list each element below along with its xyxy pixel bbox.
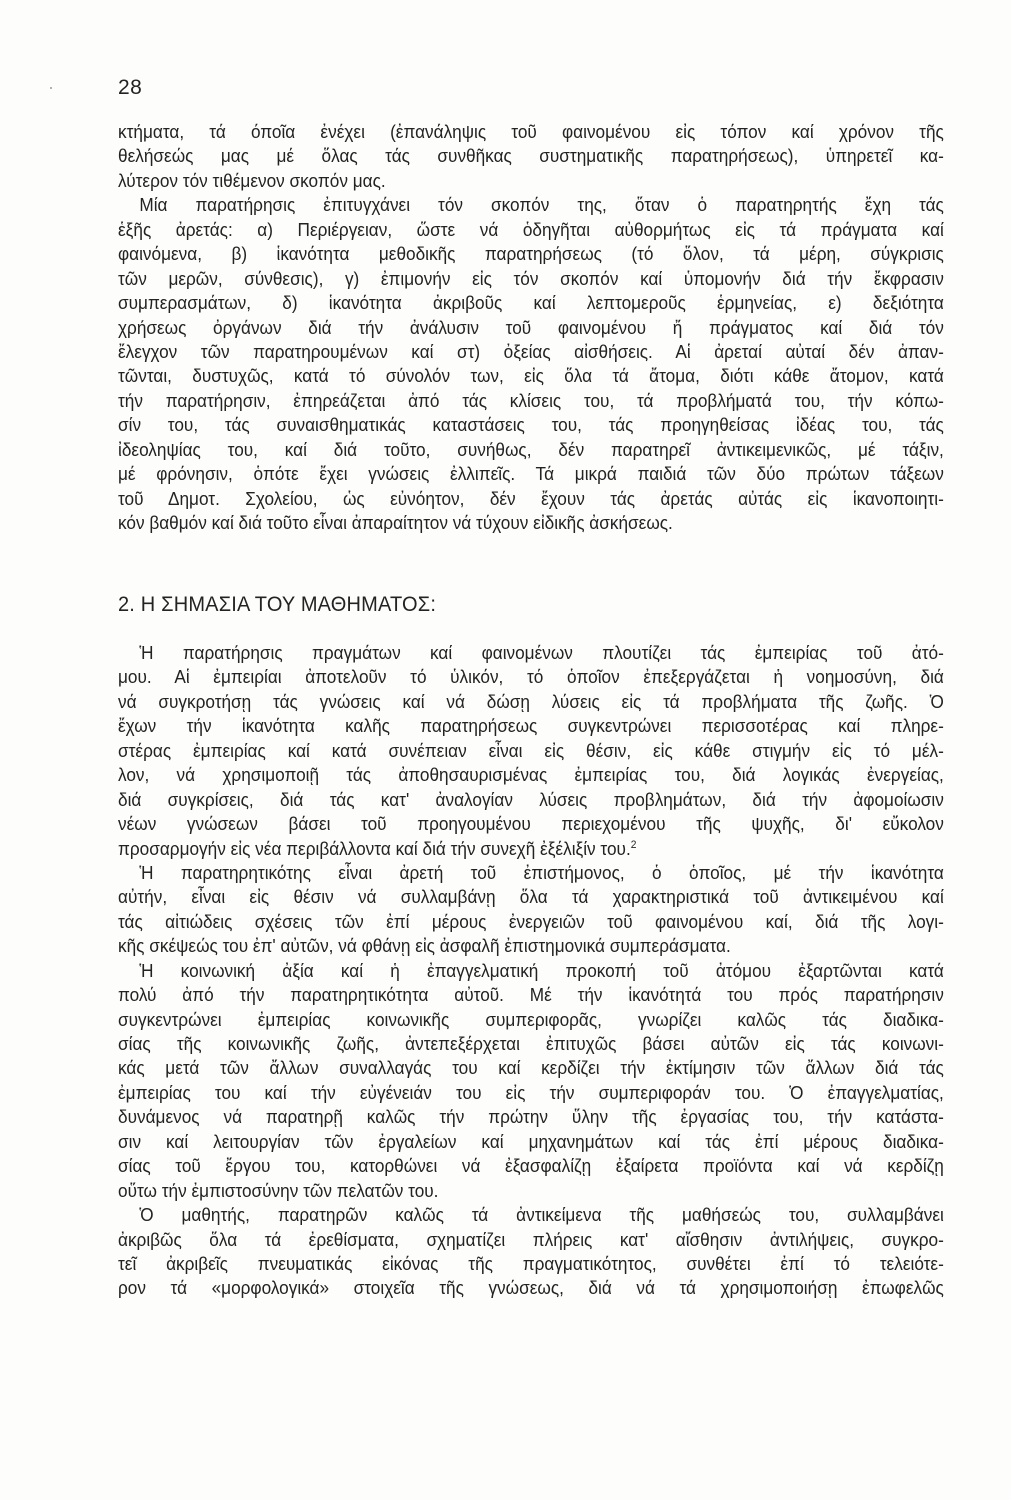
text-line: κόν βαθμόν καί διά τοῦτο εἶναι ἀπαραίτητ… [118,511,944,535]
text-line: μου. Αἱ ἐμπειρίαι ἀποτελοῦν τό ὑλικόν, τ… [118,665,944,689]
text-line: ἔλεγχον τῶν παρατηρουμένων καί στ) ὀξεία… [118,340,944,364]
text-line-content: τήν παρατήρησιν, ἐπηρεάζεται ἀπό τάς κλί… [118,390,944,411]
text-line-content: λύτερον τόν τιθέμενον σκοπόν μας. [118,170,386,191]
text-line: ἀκριβῶς ὅλα τά ἐρεθίσματα, σχηματίζει πλ… [118,1228,944,1252]
section-heading: 2. Η ΣΗΜΑΣΙΑ ΤΟΥ ΜΑΘΗΜΑΤΟΣ: [118,592,436,617]
text-line: διά συγκρίσεις, διά τάς κατ' ἀναλογίαν λ… [118,788,944,812]
text-line: σίν του, τάς συναισθηματικάς καταστάσεις… [118,413,944,437]
text-line-content: τῶνται, δυστυχῶς, κατά τό σύνολόν των, ε… [118,365,944,386]
body-text-block-2: Ἡ παρατήρησις πραγμάτων καί φαινομένων π… [118,641,944,1301]
text-line: τεῖ ἀκριβεῖς πνευματικάς εἰκόνας τῆς πρα… [118,1252,944,1276]
text-line: σίας τῆς κοινωνικῆς ζωῆς, ἀντεπεξέρχεται… [118,1032,944,1056]
text-line-content: κῆς σκέψεώς του ἐπ' αὐτῶν, νά φθάνῃ εἰς … [118,935,731,956]
text-line-content: κτήματα, τά όποῖα ἐνέχει (ἐπανάληψις τοῦ… [118,121,944,142]
text-line: χρήσεως ὀργάνων διά τήν ἀνάλυσιν τοῦ φαι… [118,316,944,340]
text-line: νέων γνώσεων βάσει τοῦ προηγουμένου περι… [118,812,944,836]
text-line-content: προσαρμογήν εἰς νέα περιβάλλοντα καί διά… [118,838,631,859]
text-line-content: φαινόμενα, β) ἱκανότητα μεθοδικῆς παρατη… [118,243,944,264]
text-line: ἑξῆς ἀρετάς: α) Περιέργειαν, ὥστε νά ὁδη… [118,218,944,242]
text-line-content: Ἡ παρατήρησις πραγμάτων καί φαινομένων π… [139,642,943,663]
text-line: κάς μετά τῶν ἄλλων συναλλαγάς του καί κε… [118,1056,944,1080]
text-line-content: ἑξῆς ἀρετάς: α) Περιέργειαν, ὥστε νά ὁδη… [118,219,944,240]
text-line: τάς αἰτιώδεις σχέσεις τῶν ἐπί μέρους ἐνε… [118,910,944,934]
text-line-content: συμπερασμάτων, δ) ἱκανότητα ἀκριβοῦς καί… [118,292,944,313]
text-line: αὐτήν, εἶναι εἰς θέσιν νά συλλαμβάνῃ ὅλα… [118,885,944,909]
text-line-content: νέων γνώσεων βάσει τοῦ προηγουμένου περι… [118,813,944,834]
text-line-content: συγκεντρώνει ἐμπειρίας κοινωνικῆς συμπερ… [118,1009,944,1030]
text-line-content: ἰδεοληψίας του, καί διά τοῦτο, συνήθως, … [118,439,944,460]
text-line-content: πολύ ἀπό τήν παρατηρητικότητα αὐτοῦ. Μέ … [118,984,944,1005]
text-line: κῆς σκέψεώς του ἐπ' αὐτῶν, νά φθάνῃ εἰς … [118,934,944,958]
text-line: θελήσεώς μας μέ ὅλας τάς συνθῆκας συστημ… [118,144,944,168]
text-line-content: τοῦ Δημοτ. Σχολείου, ὡς εὐνόητον, δέν ἔχ… [118,488,944,509]
text-line-content: νά συγκροτήσῃ τάς γνώσεις καί νά δώσῃ λύ… [118,691,944,712]
text-line: ἐμπειρίας του καί τήν εὐγένειάν του εἰς … [118,1081,944,1105]
text-line-content: μου. Αἱ ἐμπειρίαι ἀποτελοῦν τό ὑλικόν, τ… [118,666,944,687]
text-line: Μία παρατήρησις ἐπιτυγχάνει τόν σκοπόν τ… [118,193,944,217]
text-line: συγκεντρώνει ἐμπειρίας κοινωνικῆς συμπερ… [118,1008,944,1032]
body-text-block-1: κτήματα, τά όποῖα ἐνέχει (ἐπανάληψις τοῦ… [118,120,944,535]
text-line: οὕτω τήν ἐμπιστοσύνην τῶν πελατῶν του. [118,1179,944,1203]
text-line-content: στέρας ἐμπειρίας καί κατά συνέπειαν εἶνα… [118,740,944,761]
text-line: νά συγκροτήσῃ τάς γνώσεις καί νά δώσῃ λύ… [118,690,944,714]
scan-speck [50,87,52,89]
text-line-content: Ἡ κοινωνική ἀξία καί ἡ ἐπαγγελματική προ… [139,960,943,981]
page-number: 28 [118,76,142,100]
text-line-content: κάς μετά τῶν ἄλλων συναλλαγάς του καί κε… [118,1057,944,1078]
text-line-content: σίν του, τάς συναισθηματικάς καταστάσεις… [118,414,944,435]
text-line: τῶνται, δυστυχῶς, κατά τό σύνολόν των, ε… [118,364,944,388]
text-line: δυνάμενος νά παρατηρῇ καλῶς τήν πρώτην ὕ… [118,1105,944,1129]
text-line-content: τῶν μερῶν, σύνθεσις), γ) ἐπιμονήν εἰς τό… [118,268,944,289]
text-line: Ἡ παρατήρησις πραγμάτων καί φαινομένων π… [118,641,944,665]
text-line: ρον τά «μορφολογικά» στοιχεῖα τῆς γνώσεω… [118,1276,944,1300]
text-line-content: ρον τά «μορφολογικά» στοιχεῖα τῆς γνώσεω… [118,1277,944,1298]
text-line-content: τάς αἰτιώδεις σχέσεις τῶν ἐπί μέρους ἐνε… [118,911,944,932]
text-line: πολύ ἀπό τήν παρατηρητικότητα αὐτοῦ. Μέ … [118,983,944,1007]
text-line-content: οὕτω τήν ἐμπιστοσύνην τῶν πελατῶν του. [118,1180,438,1201]
text-line-content: δυνάμενος νά παρατηρῇ καλῶς τήν πρώτην ὕ… [118,1106,944,1127]
text-line: λύτερον τόν τιθέμενον σκοπόν μας. [118,169,944,193]
text-line-content: χρήσεως ὀργάνων διά τήν ἀνάλυσιν τοῦ φαι… [118,317,944,338]
text-line: φαινόμενα, β) ἱκανότητα μεθοδικῆς παρατη… [118,242,944,266]
text-line-content: αὐτήν, εἶναι εἰς θέσιν νά συλλαμβάνῃ ὅλα… [118,886,944,907]
text-line: ἔχων τήν ἱκανότητα καλῆς παρατηρήσεως συ… [118,714,944,738]
text-line: μέ φρόνησιν, ὁπότε ἔχει γνώσεις ἐλλιπεῖς… [118,462,944,486]
text-line-content: κόν βαθμόν καί διά τοῦτο εἶναι ἀπαραίτητ… [118,512,673,533]
text-line-content: διά συγκρίσεις, διά τάς κατ' ἀναλογίαν λ… [118,789,944,810]
text-line-content: ἐμπειρίας του καί τήν εὐγένειάν του εἰς … [118,1082,944,1103]
text-line-content: Μία παρατήρησις ἐπιτυγχάνει τόν σκοπόν τ… [139,194,943,215]
text-line-content: Ἡ παρατηρητικότης εἶναι ἀρετή τοῦ ἐπιστή… [139,862,943,883]
text-line-content: ἔλεγχον τῶν παρατηρουμένων καί στ) ὀξεία… [118,341,944,362]
text-line: συμπερασμάτων, δ) ἱκανότητα ἀκριβοῦς καί… [118,291,944,315]
text-line: στέρας ἐμπειρίας καί κατά συνέπειαν εἶνα… [118,739,944,763]
text-line: Ἡ κοινωνική ἀξία καί ἡ ἐπαγγελματική προ… [118,959,944,983]
text-line-content: ἔχων τήν ἱκανότητα καλῆς παρατηρήσεως συ… [118,715,944,736]
text-line: κτήματα, τά όποῖα ἐνέχει (ἐπανάληψις τοῦ… [118,120,944,144]
text-line-content: μέ φρόνησιν, ὁπότε ἔχει γνώσεις ἐλλιπεῖς… [118,463,944,484]
text-line-content: ἀκριβῶς ὅλα τά ἐρεθίσματα, σχηματίζει πλ… [118,1229,944,1250]
text-line: ἰδεοληψίας του, καί διά τοῦτο, συνήθως, … [118,438,944,462]
text-line-content: λον, νά χρησιμοποιῇ τάς ἀποθησαυρισμένας… [118,764,944,785]
text-line-content: σίας τοῦ ἔργου του, κατορθώνει νά ἐξασφα… [118,1155,944,1176]
text-line: λον, νά χρησιμοποιῇ τάς ἀποθησαυρισμένας… [118,763,944,787]
text-line: προσαρμογήν εἰς νέα περιβάλλοντα καί διά… [118,837,944,861]
text-line-content: θελήσεώς μας μέ ὅλας τάς συνθῆκας συστημ… [118,145,944,166]
text-line-content: σιν καί λειτουργίαν τῶν ἐργαλείων καί μη… [118,1131,944,1152]
text-line: τῶν μερῶν, σύνθεσις), γ) ἐπιμονήν εἰς τό… [118,267,944,291]
text-line-content: τεῖ ἀκριβεῖς πνευματικάς εἰκόνας τῆς πρα… [118,1253,944,1274]
text-line-content: σίας τῆς κοινωνικῆς ζωῆς, ἀντεπεξέρχεται… [118,1033,944,1054]
text-line: σίας τοῦ ἔργου του, κατορθώνει νά ἐξασφα… [118,1154,944,1178]
footnote-marker: 2 [631,839,637,851]
text-line: τοῦ Δημοτ. Σχολείου, ὡς εὐνόητον, δέν ἔχ… [118,487,944,511]
text-line: σιν καί λειτουργίαν τῶν ἐργαλείων καί μη… [118,1130,944,1154]
text-line: τήν παρατήρησιν, ἐπηρεάζεται ἀπό τάς κλί… [118,389,944,413]
text-line: Ἡ παρατηρητικότης εἶναι ἀρετή τοῦ ἐπιστή… [118,861,944,885]
text-line: Ὁ μαθητής, παρατηρῶν καλῶς τά ἀντικείμεν… [118,1203,944,1227]
text-line-content: Ὁ μαθητής, παρατηρῶν καλῶς τά ἀντικείμεν… [139,1204,943,1225]
